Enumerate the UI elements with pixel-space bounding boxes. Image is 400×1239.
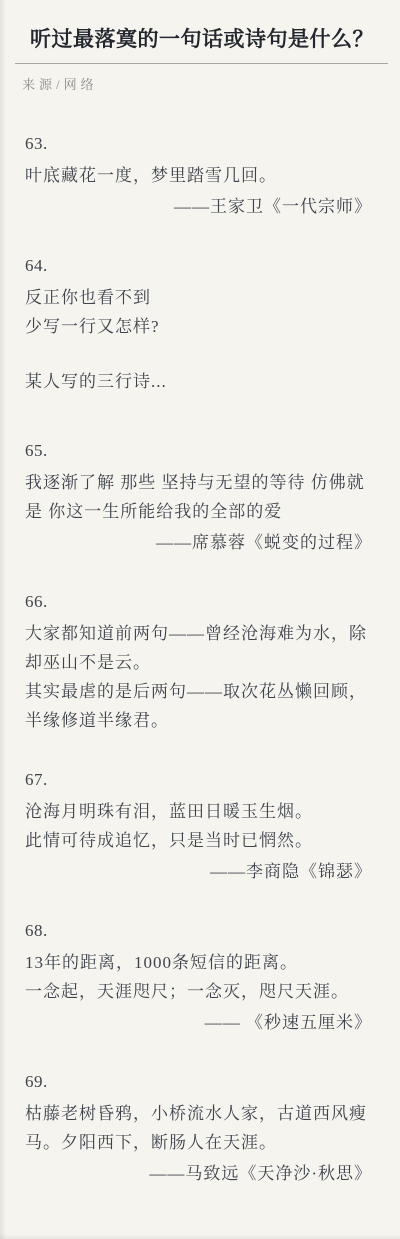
quote-line: 沧海月明珠有泪，蓝田日暖玉生烟。 <box>25 797 372 826</box>
quote-line: 半缘修道半缘君。 <box>25 706 372 735</box>
quote-line: 马。夕阳西下，断肠人在天涯。 <box>25 1128 372 1157</box>
attribution: ——马致远《天净沙·秋思》 <box>25 1159 372 1188</box>
page-title: 听过最落寞的一句话或诗句是什么？ <box>30 26 376 53</box>
quote-line: 是 你这一生所能给我的全部的爱 <box>25 497 372 526</box>
attribution: —— 《秒速五厘米》 <box>25 1008 372 1037</box>
attribution: ——李商隐《锦瑟》 <box>25 857 372 886</box>
item-number: 67. <box>25 769 372 791</box>
quote-line: 叶底藏花一度，梦里踏雪几回。 <box>25 161 372 190</box>
quote-line: 却巫山不是云。 <box>25 648 372 677</box>
quote-item: 65. 我逐渐了解 那些 坚持与无望的等待 仿佛就 是 你这一生所能给我的全部的… <box>25 440 372 557</box>
quote-item: 67. 沧海月明珠有泪，蓝田日暖玉生烟。 此情可待成追忆，只是当时已惘然。 ——… <box>25 769 372 886</box>
quote-line: 此情可待成追忆，只是当时已惘然。 <box>25 826 372 855</box>
quote-line: 我逐渐了解 那些 坚持与无望的等待 仿佛就 <box>25 468 372 497</box>
item-number: 65. <box>25 440 372 462</box>
quote-item: 68. 13年的距离，1000条短信的距离。 一念起，天涯咫尺；一念灭，咫尺天涯… <box>25 920 372 1037</box>
item-number: 63. <box>25 133 372 155</box>
item-number: 69. <box>25 1071 372 1093</box>
quote-item: 63. 叶底藏花一度，梦里踏雪几回。 ——王家卫《一代宗师》 <box>25 133 372 221</box>
document-page: 听过最落寞的一句话或诗句是什么？ 来源/网络 63. 叶底藏花一度，梦里踏雪几回… <box>0 0 400 1239</box>
quote-line: 枯藤老树昏鸦，小桥流水人家，古道西风瘦 <box>25 1099 372 1128</box>
quote-item: 64. 反正你也看不到 少写一行又怎样? 某人写的三行诗... <box>25 255 372 396</box>
quote-line: 大家都知道前两句——曾经沧海难为水，除 <box>25 619 372 648</box>
quote-line: 其实最虐的是后两句——取次花丛懒回顾， <box>25 677 372 706</box>
blank-line <box>25 341 372 367</box>
quote-line: 反正你也看不到 <box>25 283 372 312</box>
quote-line: 少写一行又怎样? <box>25 312 372 341</box>
divider <box>15 63 388 64</box>
source-label: 来源/网络 <box>22 77 400 93</box>
quote-line: 一念起，天涯咫尺；一念灭，咫尺天涯。 <box>25 977 372 1006</box>
attribution: ——席慕蓉《蜕变的过程》 <box>25 528 372 557</box>
item-number: 68. <box>25 920 372 942</box>
item-number: 66. <box>25 591 372 613</box>
quote-list: 63. 叶底藏花一度，梦里踏雪几回。 ——王家卫《一代宗师》 64. 反正你也看… <box>0 133 400 1188</box>
quote-line: 13年的距离，1000条短信的距离。 <box>25 948 372 977</box>
quote-line: 某人写的三行诗... <box>25 367 372 396</box>
item-number: 64. <box>25 255 372 277</box>
attribution: ——王家卫《一代宗师》 <box>25 192 372 221</box>
quote-item: 66. 大家都知道前两句——曾经沧海难为水，除 却巫山不是云。 其实最虐的是后两… <box>25 591 372 735</box>
quote-item: 69. 枯藤老树昏鸦，小桥流水人家，古道西风瘦 马。夕阳西下，断肠人在天涯。 —… <box>25 1071 372 1188</box>
